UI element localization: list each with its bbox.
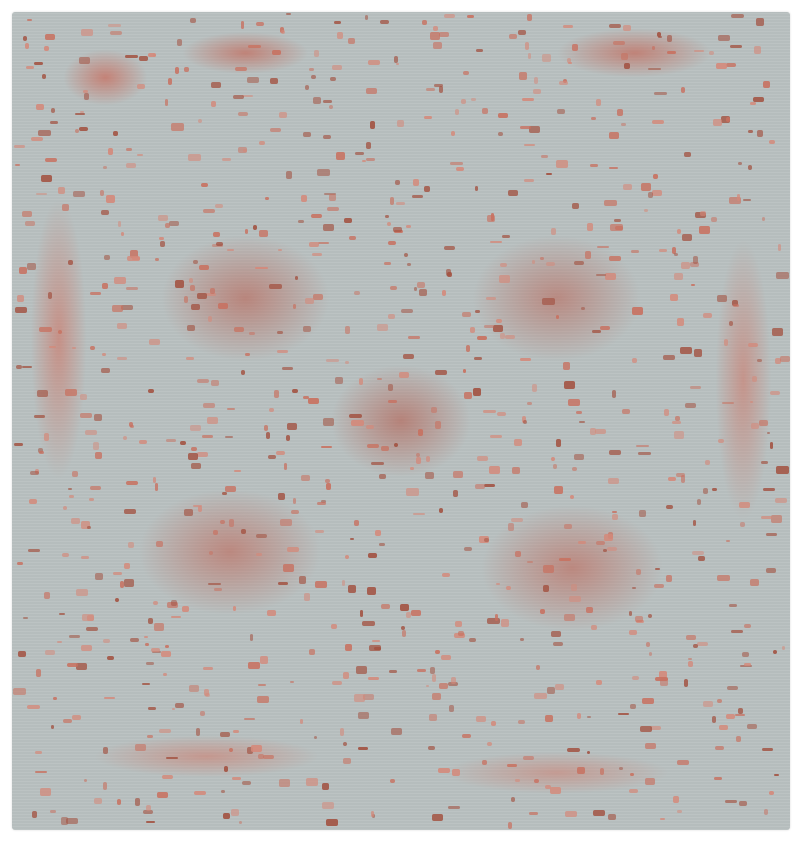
pattern-fleck	[439, 683, 448, 689]
pattern-fleck	[475, 484, 486, 489]
pattern-fleck	[34, 415, 44, 419]
pattern-fleck	[426, 456, 430, 461]
pattern-fleck	[520, 126, 531, 129]
pattern-fleck	[550, 787, 561, 794]
pattern-fleck	[664, 409, 669, 415]
pattern-fleck	[242, 781, 251, 785]
pattern-fleck	[214, 588, 222, 591]
pattern-fleck	[381, 446, 389, 451]
pattern-fleck	[501, 619, 509, 627]
pattern-fleck	[184, 296, 188, 303]
pattern-fleck	[629, 630, 637, 634]
pattern-fleck	[502, 235, 510, 238]
pattern-fleck	[293, 498, 296, 504]
pattern-fleck	[518, 720, 525, 724]
pattern-fleck	[203, 403, 215, 408]
pattern-fleck	[413, 513, 426, 515]
pattern-fleck	[593, 810, 605, 816]
pattern-fleck	[736, 736, 741, 741]
pattern-fleck	[462, 312, 471, 318]
pattern-fleck	[87, 615, 94, 620]
pattern-fleck	[780, 356, 791, 362]
pattern-fleck	[726, 540, 730, 543]
pattern-fleck	[22, 211, 32, 217]
pattern-fleck	[309, 68, 314, 71]
pattern-fleck	[498, 113, 509, 118]
pattern-fleck	[641, 183, 651, 191]
pattern-fleck	[449, 705, 453, 712]
pattern-fleck	[581, 307, 585, 310]
pattern-fleck	[569, 596, 581, 602]
pattern-fleck	[381, 604, 390, 609]
pattern-fleck	[484, 484, 495, 487]
pattern-fleck	[245, 229, 248, 234]
pattern-fleck	[108, 24, 121, 27]
pattern-fleck	[223, 813, 231, 819]
pattern-fleck	[703, 313, 712, 317]
pattern-fleck	[329, 194, 336, 200]
pattern-fleck	[245, 353, 250, 356]
pattern-fleck	[604, 200, 617, 206]
pattern-fleck	[44, 592, 50, 599]
pattern-fleck	[703, 488, 707, 494]
pattern-fleck	[30, 471, 39, 476]
pattern-fleck	[313, 97, 322, 104]
pattern-fleck	[511, 797, 515, 802]
pattern-fleck	[563, 25, 573, 28]
pattern-fleck	[193, 260, 198, 264]
pattern-fleck	[778, 244, 781, 250]
pattern-fleck	[124, 509, 135, 514]
pattern-fleck	[59, 613, 65, 615]
pattern-fleck	[95, 573, 104, 580]
pattern-fleck	[211, 380, 219, 386]
pattern-fleck	[210, 288, 215, 294]
pattern-fleck	[256, 553, 261, 556]
pattern-fleck	[58, 330, 61, 334]
pattern-fleck	[773, 650, 776, 654]
pattern-fleck	[621, 53, 628, 60]
pattern-fleck	[677, 318, 685, 326]
pattern-fleck	[118, 221, 121, 227]
pattern-fleck	[464, 547, 473, 550]
pattern-fleck	[148, 618, 153, 624]
pattern-fleck	[36, 193, 47, 195]
pattern-fleck	[439, 86, 443, 93]
pattern-fleck	[512, 467, 520, 474]
pattern-fleck	[32, 811, 37, 818]
pattern-fleck	[323, 100, 332, 103]
pattern-fleck	[474, 357, 483, 361]
pattern-fleck	[117, 799, 121, 804]
pattern-fleck	[270, 128, 281, 132]
pattern-fleck	[448, 806, 460, 808]
pattern-fleck	[397, 120, 404, 127]
pattern-fleck	[476, 716, 486, 721]
pattern-fleck	[112, 305, 123, 312]
pattern-fleck	[455, 621, 462, 627]
pattern-fleck	[693, 256, 698, 264]
pattern-fleck	[379, 474, 386, 480]
pattern-fleck	[579, 421, 585, 423]
pattern-fleck	[205, 693, 210, 697]
pattern-fleck	[72, 471, 77, 477]
pattern-fleck	[203, 667, 214, 670]
pattern-fleck	[15, 164, 21, 166]
pattern-fleck	[377, 324, 388, 331]
pattern-fleck	[725, 800, 738, 803]
pattern-fleck	[772, 328, 783, 335]
pattern-fleck	[86, 627, 98, 631]
pattern-fleck	[682, 234, 692, 241]
pattern-fleck	[166, 439, 176, 442]
pattern-fleck	[108, 148, 113, 155]
pattern-fleck	[137, 154, 143, 156]
pattern-fleck	[380, 20, 388, 24]
pattern-fleck	[545, 715, 553, 722]
pattern-fleck	[487, 215, 495, 223]
pattern-fleck	[726, 714, 736, 718]
pattern-fleck	[326, 819, 338, 825]
pattern-fleck	[453, 490, 458, 497]
pattern-fleck	[313, 294, 322, 300]
pattern-fleck	[674, 273, 683, 281]
pattern-fleck	[27, 705, 40, 710]
pattern-fleck	[563, 362, 570, 370]
pattern-fleck	[624, 63, 631, 68]
pattern-fleck	[565, 811, 576, 817]
pattern-fleck	[227, 408, 235, 410]
pattern-fleck	[65, 389, 77, 396]
pattern-fleck	[684, 152, 691, 157]
pattern-fleck	[464, 392, 472, 399]
pattern-fleck	[232, 777, 241, 780]
pattern-fleck	[169, 221, 179, 226]
pattern-fleck	[527, 402, 532, 405]
pattern-fleck	[76, 589, 89, 596]
pattern-fleck	[343, 758, 352, 764]
pattern-fleck	[442, 290, 446, 297]
pattern-fleck	[128, 542, 134, 548]
pattern-fleck	[215, 204, 223, 209]
pattern-fleck	[368, 60, 380, 65]
pattern-fleck	[90, 292, 100, 295]
pattern-fleck	[576, 411, 582, 414]
pattern-fleck	[467, 15, 474, 19]
pattern-fleck	[298, 220, 303, 223]
pattern-fleck	[774, 774, 779, 776]
pattern-fleck	[317, 502, 326, 505]
pattern-fleck	[165, 223, 170, 228]
pattern-fleck	[429, 714, 437, 720]
pattern-fleck	[175, 703, 184, 708]
pattern-fleck	[225, 436, 232, 439]
pattern-fleck	[432, 693, 441, 700]
pattern-fleck	[667, 35, 671, 41]
pattern-fleck	[44, 433, 49, 440]
pattern-fleck	[747, 724, 757, 729]
pattern-fleck	[497, 412, 505, 416]
pattern-fleck	[521, 502, 528, 508]
pattern-fleck	[101, 368, 110, 373]
pattern-fleck	[160, 241, 164, 248]
pattern-fleck	[413, 179, 419, 186]
pattern-fleck	[234, 470, 241, 472]
pattern-fleck	[681, 262, 690, 269]
pattern-fleck	[424, 186, 430, 192]
pattern-fleck	[249, 332, 255, 336]
pattern-fleck	[253, 225, 256, 230]
pattern-fleck	[612, 514, 617, 520]
pattern-fleck	[709, 51, 714, 55]
pattern-fleck	[428, 746, 435, 750]
pattern-fleck	[335, 377, 343, 384]
pattern-fleck	[51, 108, 54, 113]
pattern-fleck	[175, 67, 179, 74]
pattern-fleck	[263, 755, 274, 758]
pattern-fleck	[184, 67, 189, 72]
pattern-fleck	[135, 744, 146, 750]
pattern-fleck	[432, 674, 436, 681]
pattern-fleck	[110, 31, 123, 35]
pattern-fleck	[767, 432, 770, 434]
pattern-fleck	[396, 202, 406, 204]
pattern-fleck	[148, 389, 153, 393]
pattern-fleck	[612, 511, 617, 513]
pattern-fleck	[564, 524, 572, 529]
pattern-fleck	[752, 376, 756, 382]
pattern-fleck	[652, 120, 664, 124]
pattern-fleck	[712, 716, 716, 722]
pattern-fleck	[691, 284, 695, 286]
pattern-fleck	[458, 631, 464, 636]
pattern-fleck	[668, 477, 676, 481]
pattern-fleck	[113, 572, 122, 575]
pattern-fleck	[126, 163, 136, 168]
pattern-fleck	[587, 751, 590, 755]
pattern-fleck	[660, 818, 665, 820]
pattern-fleck	[68, 260, 73, 265]
pattern-fleck	[63, 506, 67, 510]
pattern-fleck	[438, 768, 450, 773]
pattern-fleck	[470, 327, 474, 332]
pattern-fleck	[572, 203, 578, 209]
pattern-fleck	[463, 369, 466, 373]
pattern-fleck	[737, 194, 740, 201]
pattern-fleck	[632, 358, 637, 363]
pattern-fleck	[375, 530, 381, 537]
pattern-fleck	[95, 452, 102, 458]
pattern-fleck	[368, 677, 380, 681]
pattern-fleck	[515, 551, 521, 557]
pattern-fleck	[555, 684, 564, 691]
pattern-fleck	[484, 325, 494, 329]
pattern-fleck	[632, 307, 643, 315]
pattern-fleck	[432, 814, 443, 821]
pattern-fleck	[18, 651, 27, 657]
pattern-fleck	[284, 463, 288, 469]
pattern-fleck	[456, 167, 464, 171]
pattern-fleck	[433, 42, 443, 49]
pattern-fleck	[629, 789, 638, 793]
pattern-fleck	[146, 821, 156, 823]
pattern-fleck	[227, 249, 234, 252]
pattern-fleck	[750, 579, 759, 587]
pattern-fleck	[165, 645, 170, 648]
pattern-fleck	[94, 798, 102, 804]
pattern-fleck	[354, 291, 360, 295]
pattern-fleck	[744, 624, 752, 628]
pattern-fleck	[632, 676, 639, 681]
pattern-fleck	[596, 680, 602, 684]
pattern-fleck	[639, 510, 645, 518]
pattern-fleck	[107, 656, 114, 660]
pattern-fleck	[203, 209, 215, 213]
pattern-fleck	[761, 461, 768, 463]
pattern-fleck	[462, 734, 471, 737]
pattern-fleck	[570, 495, 574, 500]
pattern-fleck	[23, 617, 28, 619]
pattern-fleck	[222, 158, 231, 160]
pattern-fleck	[486, 297, 497, 300]
pattern-fleck	[51, 725, 54, 729]
pattern-fleck	[388, 384, 393, 391]
pattern-fleck	[41, 175, 52, 182]
pattern-fleck	[490, 241, 502, 243]
pattern-fleck	[505, 335, 516, 339]
pattern-fleck	[444, 14, 455, 18]
pattern-fleck	[229, 748, 234, 753]
pattern-fleck	[42, 74, 46, 80]
pattern-fleck	[84, 93, 89, 100]
pattern-fleck	[130, 638, 138, 642]
pattern-fleck	[762, 748, 772, 752]
pattern-fleck	[646, 642, 649, 647]
pattern-fleck	[522, 98, 534, 100]
pattern-fleck	[295, 276, 299, 280]
pattern-fleck	[75, 129, 79, 133]
pattern-fleck	[430, 32, 440, 40]
pattern-fleck	[248, 662, 260, 669]
pattern-fleck	[770, 442, 773, 449]
pattern-fleck	[744, 663, 751, 666]
pattern-fleck	[493, 325, 503, 333]
pattern-fleck	[304, 593, 310, 600]
pattern-fleck	[244, 718, 255, 720]
pattern-fleck	[100, 190, 103, 196]
pattern-fleck	[533, 89, 541, 94]
pattern-fleck	[233, 730, 238, 733]
pattern-fleck	[165, 99, 168, 106]
pattern-fleck	[239, 821, 242, 824]
pattern-fleck	[371, 462, 383, 465]
pattern-fleck	[309, 242, 319, 246]
pattern-fleck	[727, 686, 738, 690]
pattern-fleck	[411, 610, 421, 616]
pattern-fleck	[529, 812, 539, 814]
pattern-fleck	[482, 760, 486, 766]
pattern-fleck	[455, 109, 459, 115]
pattern-fleck	[393, 227, 402, 232]
pattern-fleck	[367, 444, 379, 448]
pattern-fleck	[156, 541, 163, 547]
pattern-fleck	[189, 278, 194, 283]
pattern-fleck	[729, 321, 734, 326]
pattern-fleck	[53, 697, 57, 700]
pattern-fleck	[419, 289, 427, 296]
pattern-fleck	[540, 609, 545, 613]
pattern-fleck	[525, 42, 529, 49]
pattern-fleck	[349, 236, 356, 241]
pattern-fleck	[654, 584, 664, 588]
pattern-fleck	[120, 581, 124, 588]
pattern-fleck	[345, 326, 350, 333]
pattern-fleck	[115, 598, 119, 601]
pattern-fleck	[379, 543, 384, 546]
pattern-fleck	[666, 575, 672, 582]
pattern-fleck	[233, 95, 244, 99]
pattern-fleck	[326, 483, 331, 490]
pattern-fleck	[775, 498, 787, 504]
pattern-fleck	[652, 190, 662, 197]
pattern-fleck	[58, 187, 65, 194]
pattern-fleck	[260, 656, 268, 664]
pattern-fleck	[334, 21, 341, 24]
pattern-fleck	[81, 556, 90, 559]
pattern-fleck	[269, 408, 274, 412]
pattern-fleck	[729, 604, 737, 607]
pattern-fleck	[564, 614, 575, 621]
pattern-fleck	[769, 791, 774, 795]
pattern-fleck	[278, 493, 286, 500]
pattern-fleck	[190, 18, 196, 23]
pattern-fleck	[31, 137, 43, 141]
pattern-fleck	[698, 556, 706, 561]
pattern-fleck	[389, 670, 397, 672]
pattern-fleck	[343, 742, 347, 746]
pattern-fleck	[717, 295, 727, 301]
pattern-fleck	[653, 174, 658, 179]
pattern-fleck	[87, 526, 92, 529]
pattern-fleck	[268, 455, 276, 459]
pattern-fleck	[410, 467, 414, 469]
pattern-fleck	[104, 255, 111, 261]
pattern-fleck	[274, 390, 279, 398]
pattern-fleck	[137, 84, 144, 89]
pattern-fleck	[365, 15, 368, 20]
pattern-fleck	[332, 681, 342, 685]
pattern-fleck	[22, 366, 33, 368]
pattern-fleck	[344, 218, 351, 223]
pattern-fleck	[514, 439, 522, 446]
pattern-fleck	[27, 263, 36, 270]
pattern-fleck	[306, 778, 318, 786]
pattern-fleck	[406, 225, 410, 228]
pattern-fleck	[496, 319, 502, 323]
pattern-fleck	[722, 402, 734, 405]
pattern-fleck	[26, 66, 35, 69]
pattern-fleck	[187, 325, 195, 330]
pattern-fleck	[750, 102, 756, 105]
pattern-fleck	[301, 195, 307, 202]
pattern-fleck	[45, 158, 57, 163]
pattern-fleck	[659, 249, 668, 252]
pattern-fleck	[280, 519, 292, 526]
pattern-fleck	[524, 144, 535, 146]
pattern-fleck	[518, 30, 527, 35]
pattern-fleck	[366, 158, 375, 161]
pattern-fleck	[718, 35, 729, 41]
